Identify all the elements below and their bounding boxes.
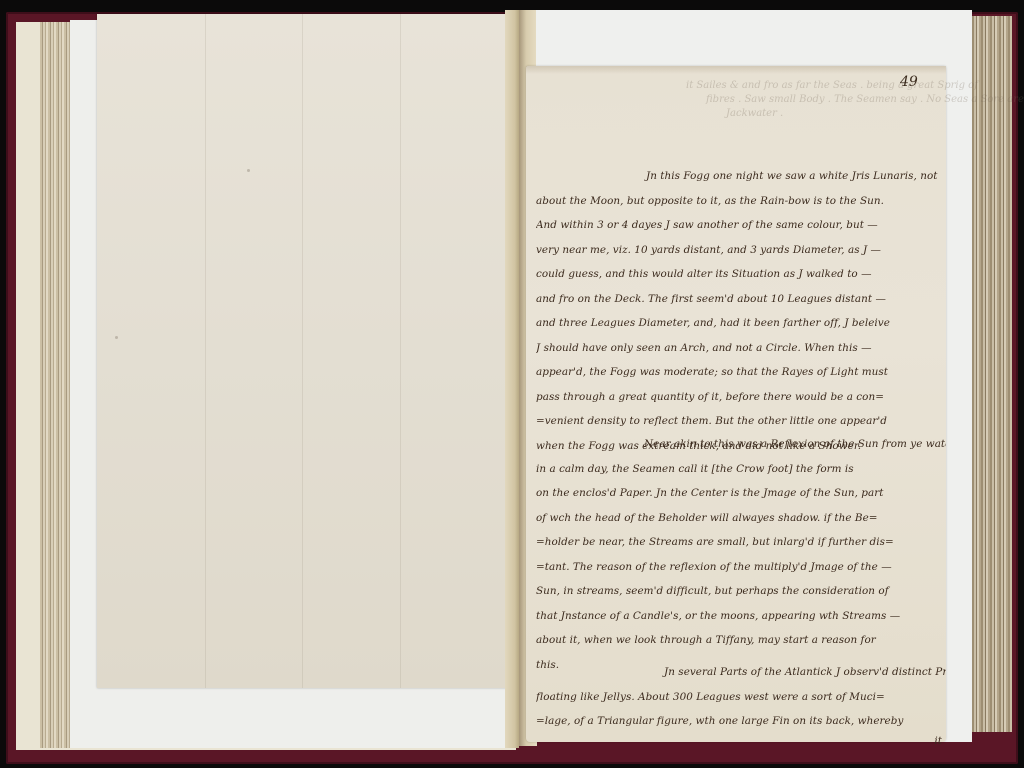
text-line: about it, when we look through a Tiffany… [536, 628, 946, 653]
text-line: could guess, and this would alter its Si… [536, 262, 946, 287]
manuscript-viewer: 49 it Sailes & and fro as far the Seas .… [0, 0, 1024, 768]
catchword: it [536, 734, 946, 748]
left-page-blank [97, 14, 509, 688]
fold-line [400, 14, 401, 688]
fold-line [302, 14, 303, 688]
text-line: =tant. The reason of the reflexion of th… [536, 555, 946, 580]
right-page-edges [972, 16, 1012, 732]
left-page-edges [40, 22, 72, 748]
bleed-through-text: fibres . Saw small Body . The Seamen say… [706, 94, 1024, 105]
text-line: about the Moon, but opposite to it, as t… [536, 189, 946, 214]
text-line: on the enclos'd Paper. Jn the Center is … [536, 481, 946, 506]
bleed-through-text: Jackwater . [726, 108, 783, 119]
paragraph-jellys: Jn several Parts of the Atlantick J obse… [536, 660, 946, 748]
text-line: =holder be near, the Streams are small, … [536, 530, 946, 555]
text-line: And within 3 or 4 dayes J saw another of… [536, 213, 946, 238]
bleed-through-text: it Sailes & and fro as far the Seas . be… [686, 80, 978, 91]
paper-speck [115, 336, 118, 339]
right-page-manuscript: 49 it Sailes & and fro as far the Seas .… [526, 66, 946, 742]
text-line: in a calm day, the Seamen call it [the C… [536, 457, 946, 482]
text-line: appear'd, the Fogg was moderate; so that… [536, 360, 946, 385]
text-line: pass through a great quantity of it, bef… [536, 385, 946, 410]
text-line: of wch the head of the Beholder will alw… [536, 506, 946, 531]
text-line: and fro on the Deck. The first seem'd ab… [536, 287, 946, 312]
text-line: =venient density to reflect them. But th… [536, 409, 946, 434]
text-line: J should have only seen an Arch, and not… [536, 336, 946, 361]
text-line: Near akin to this was a Reflexion of the… [536, 432, 946, 457]
paragraph-crow-foot: Near akin to this was a Reflexion of the… [536, 432, 946, 677]
text-line: and three Leagues Diameter, and, had it … [536, 311, 946, 336]
gutter-left [505, 10, 519, 748]
text-line: Sun, in streams, seem'd difficult, but p… [536, 579, 946, 604]
text-line: Jn several Parts of the Atlantick J obse… [536, 660, 946, 685]
text-line: that Jnstance of a Candle's, or the moon… [536, 604, 946, 629]
text-line: =lage, of a Triangular figure, wth one l… [536, 709, 946, 734]
fold-line [205, 14, 206, 688]
paper-speck [247, 169, 250, 172]
text-line: very near me, viz. 10 yards distant, and… [536, 238, 946, 263]
text-line: floating like Jellys. About 300 Leagues … [536, 685, 946, 710]
paragraph-iris-lunaris: Jn this Fogg one night we saw a white Jr… [536, 164, 946, 458]
text-line: Jn this Fogg one night we saw a white Jr… [536, 164, 946, 189]
